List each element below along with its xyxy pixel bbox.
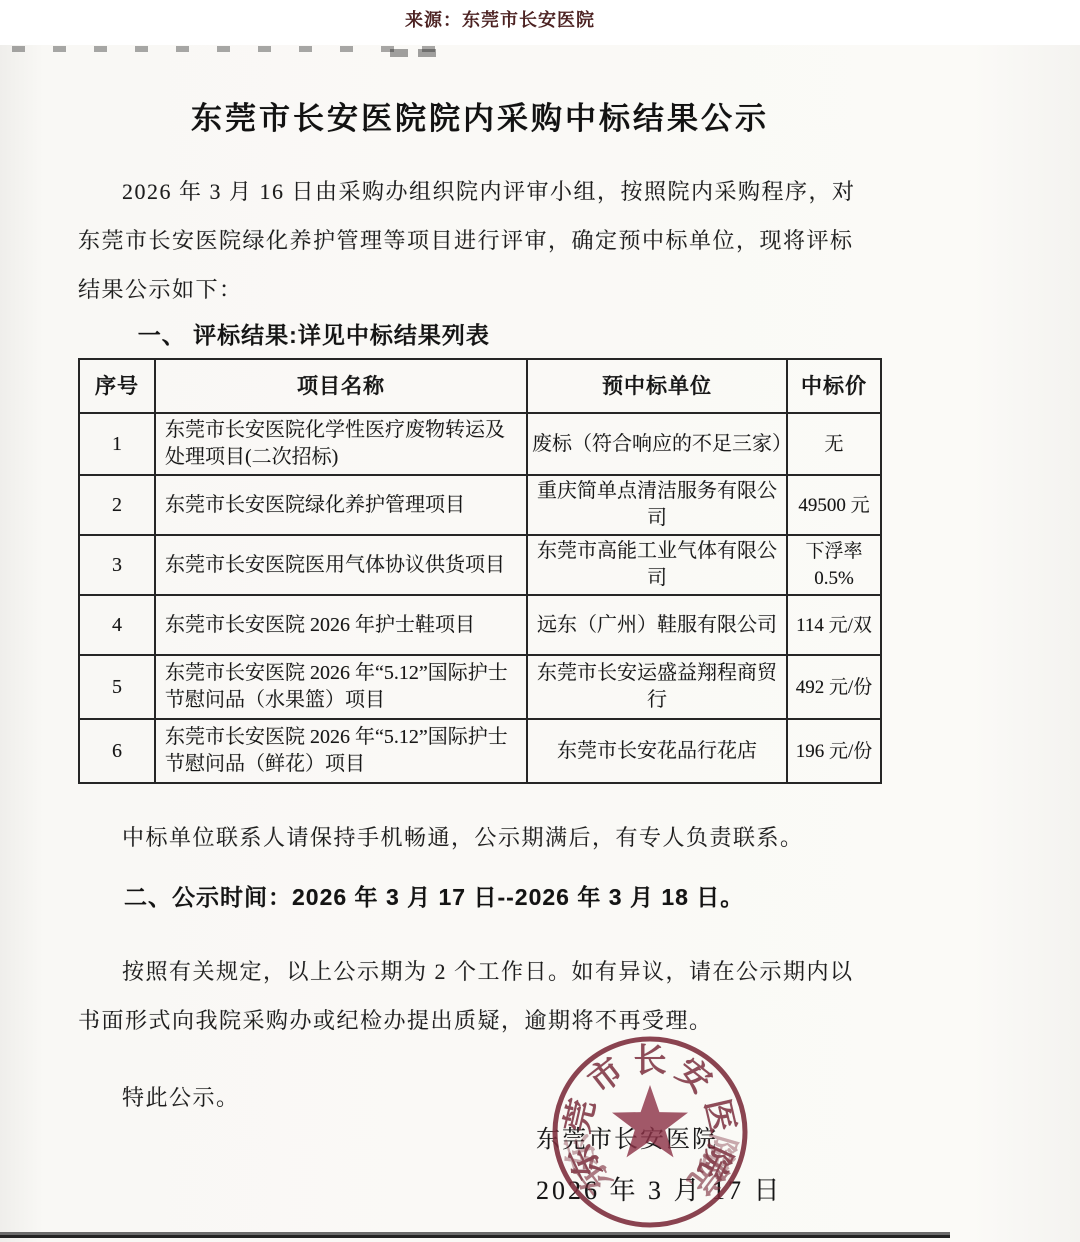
table-cell: 东莞市长安医院 2026 年护士鞋项目 — [155, 595, 527, 655]
table-row: 2东莞市长安医院绿化养护管理项目重庆简单点清洁服务有限公司49500 元 — [79, 475, 881, 535]
table-header-cell: 中标价 — [787, 359, 881, 413]
table-cell: 东莞市长安医院医用气体协议供货项目 — [155, 535, 527, 595]
table-row: 6东莞市长安医院 2026 年“5.12”国际护士节慰问品（鲜花）项目东莞市长安… — [79, 719, 881, 783]
results-table-body: 1东莞市长安医院化学性医疗废物转运及处理项目(二次招标)废标（符合响应的不足三家… — [79, 413, 881, 783]
contact-paragraph: 中标单位联系人请保持手机畅通，公示期满后，有专人负责联系。 — [78, 813, 870, 862]
scan-bottom-edge — [0, 1232, 950, 1238]
table-cell: 2 — [79, 475, 155, 535]
table-row: 1东莞市长安医院化学性医疗废物转运及处理项目(二次招标)废标（符合响应的不足三家… — [79, 413, 881, 475]
table-cell: 3 — [79, 535, 155, 595]
table-row: 3东莞市长安医院医用气体协议供货项目东莞市高能工业气体有限公司下浮率 0.5% — [79, 535, 881, 595]
table-cell: 无 — [787, 413, 881, 475]
document-title: 东莞市长安医院院内采购中标结果公示 — [78, 93, 882, 138]
closing-line: 特此公示。 — [78, 1073, 870, 1122]
table-cell: 东莞市长安医院绿化养护管理项目 — [155, 475, 527, 535]
table-cell: 东莞市长安医院化学性医疗废物转运及处理项目(二次招标) — [155, 413, 527, 475]
table-cell: 492 元/份 — [787, 655, 881, 719]
table-cell: 重庆简单点清洁服务有限公司 — [527, 475, 787, 535]
table-cell: 5 — [79, 655, 155, 719]
results-table: 序号项目名称预中标单位中标价 1东莞市长安医院化学性医疗废物转运及处理项目(二次… — [78, 358, 882, 784]
table-cell: 东莞市高能工业气体有限公司 — [527, 535, 787, 595]
source-line: 来源：东莞市长安医院 — [0, 6, 1000, 32]
signature-date: 2026 年 3 月 17 日 — [536, 1170, 783, 1207]
table-cell: 6 — [79, 719, 155, 783]
table-header-cell: 序号 — [79, 359, 155, 413]
table-cell: 下浮率 0.5% — [787, 535, 881, 595]
results-table-header: 序号项目名称预中标单位中标价 — [79, 359, 881, 413]
table-cell: 114 元/双 — [787, 595, 881, 655]
section-2-heading: 二、公示时间：2026 年 3 月 17 日--2026 年 3 月 18 日。 — [78, 879, 870, 912]
section-1-heading: 一、 评标结果:详见中标结果列表 — [78, 317, 870, 350]
signature-org: 东莞市长安医院 — [536, 1119, 783, 1154]
scan-artifact-speckles — [390, 49, 436, 57]
table-cell: 东莞市长安医院 2026 年“5.12”国际护士节慰问品（水果篮）项目 — [155, 655, 527, 719]
table-cell: 东莞市长安运盛益翔程商贸行 — [527, 655, 787, 719]
table-cell: 4 — [79, 595, 155, 655]
table-cell: 49500 元 — [787, 475, 881, 535]
rules-paragraph: 按照有关规定，以上公示期为 2 个工作日。如有异议，请在公示期内以书面形式向我院… — [78, 947, 870, 1045]
table-cell: 1 — [79, 413, 155, 475]
scan-artifact-speckles — [12, 46, 442, 52]
signature-block: 东莞市长安医院 2026 年 3 月 17 日 — [536, 1119, 783, 1207]
table-cell: 196 元/份 — [787, 719, 881, 783]
table-header-cell: 项目名称 — [155, 359, 527, 413]
table-header-cell: 预中标单位 — [527, 359, 787, 413]
table-cell: 东莞市长安医院 2026 年“5.12”国际护士节慰问品（鲜花）项目 — [155, 719, 527, 783]
table-row: 5东莞市长安医院 2026 年“5.12”国际护士节慰问品（水果篮）项目东莞市长… — [79, 655, 881, 719]
intro-paragraph: 2026 年 3 月 16 日由采购办组织院内评审小组，按照院内采购程序，对东莞… — [78, 167, 870, 314]
table-cell: 东莞市长安花品行花店 — [527, 719, 787, 783]
table-cell: 远东（广州）鞋服有限公司 — [527, 595, 787, 655]
table-cell: 废标（符合响应的不足三家） — [527, 413, 787, 475]
table-row: 4东莞市长安医院 2026 年护士鞋项目远东（广州）鞋服有限公司114 元/双 — [79, 595, 881, 655]
